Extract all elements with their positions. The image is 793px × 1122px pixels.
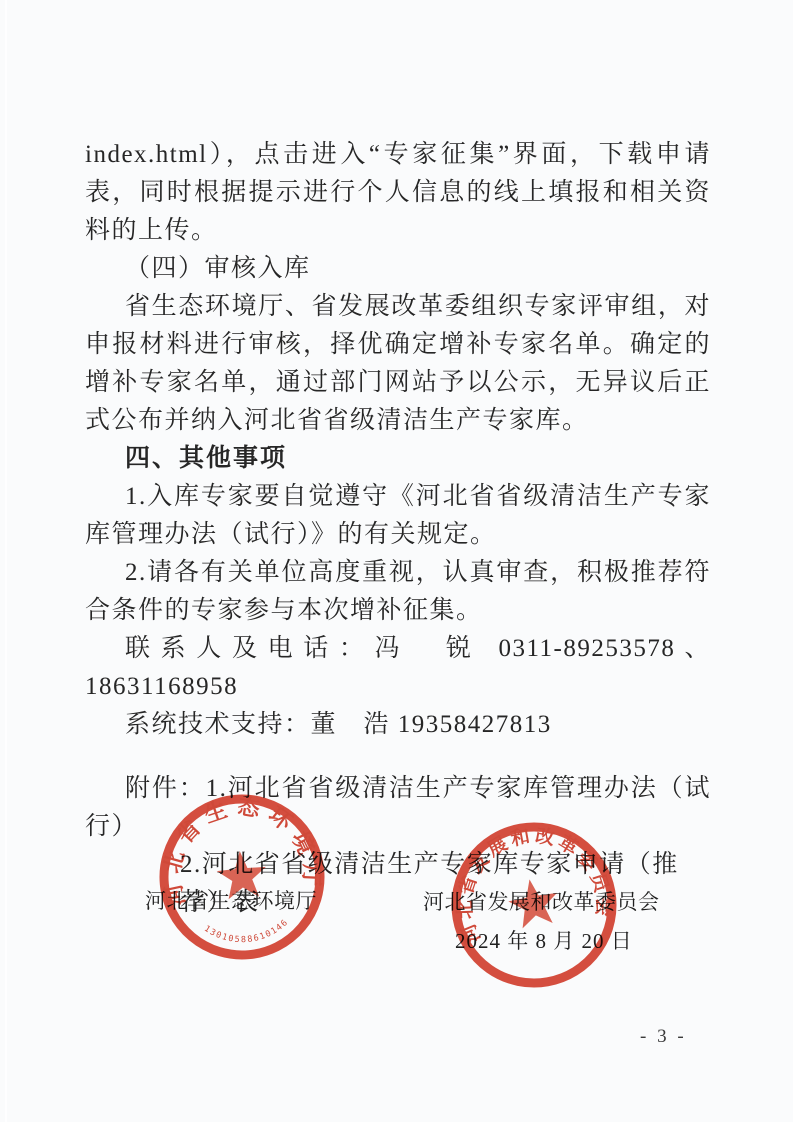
official-seal-left: 河北省生态环境厅 13010588610146 — [156, 791, 328, 963]
contact-line: 联系人及电话：冯 锐 0311-89253578、18631168958 — [85, 630, 711, 706]
star-icon — [505, 875, 562, 930]
paragraph: 1.入库专家要自觉遵守《河北省省级清洁生产专家库管理办法（试行）》的有关规定。 — [85, 478, 711, 554]
section-heading: 四、其他事项 — [85, 440, 711, 478]
star-icon — [215, 849, 268, 900]
official-seal-right: 河北省发展和改革委员会 — [448, 819, 620, 991]
paragraph-continuation: index.html），点击进入“专家征集”界面，下载申请表，同时根据提示进行个… — [85, 136, 711, 250]
contact-line: 系统技术支持：董 浩 19358427813 — [85, 706, 711, 744]
page-number: - 3 - — [640, 1026, 687, 1048]
seal-arc-text: 河北省发展和改革委员会 — [448, 819, 619, 948]
subsection-heading: （四）审核入库 — [85, 250, 711, 288]
paragraph: 省生态环境厅、省发展改革委组织专家评审组，对申报材料进行审核，择优确定增补专家名… — [85, 288, 711, 440]
paragraph: 2.请各有关单位高度重视，认真审查，积极推荐符合条件的专家参与本次增补征集。 — [85, 554, 711, 630]
seal-arc-text: 河北省生态环境厅 — [156, 791, 327, 909]
document-page: index.html），点击进入“专家征集”界面，下载申请表，同时根据提示进行个… — [0, 0, 793, 1122]
